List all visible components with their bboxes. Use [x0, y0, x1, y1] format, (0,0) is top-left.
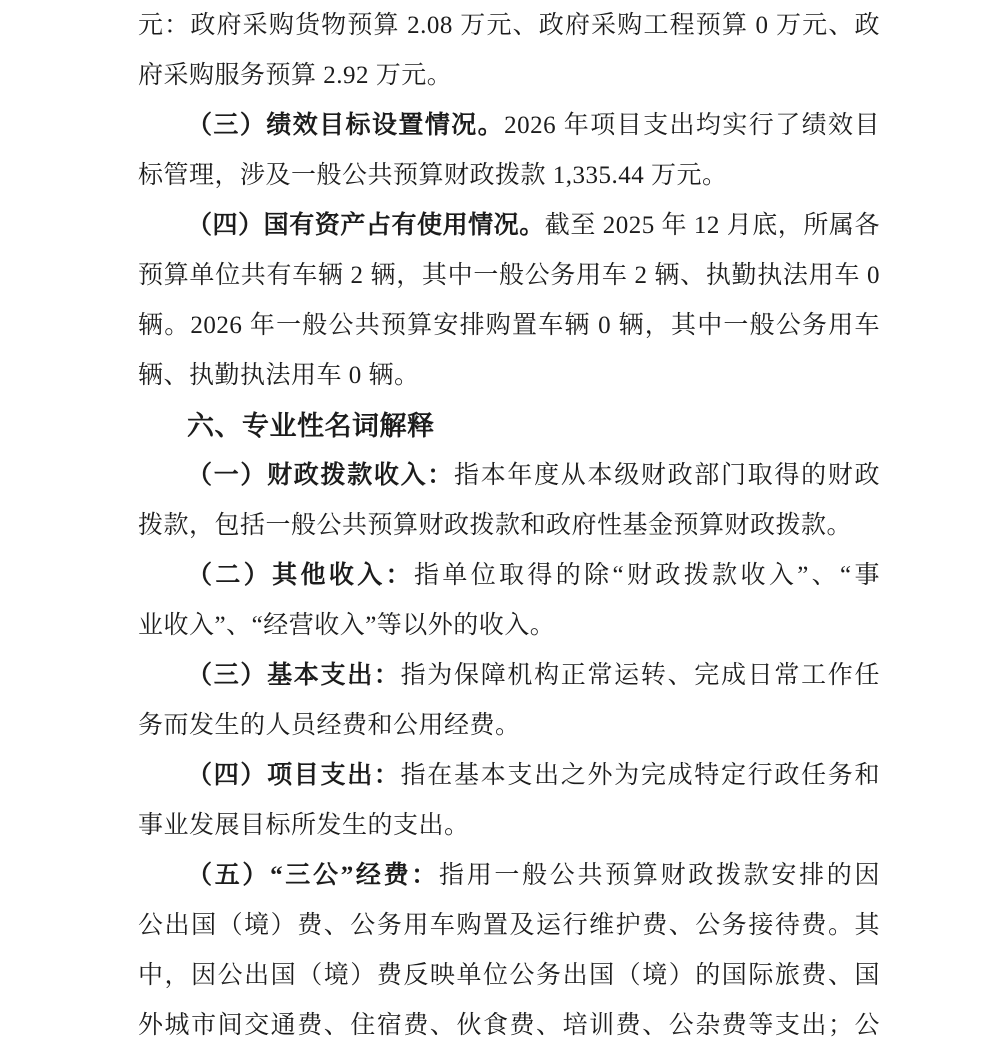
line-text: 预算单位共有车辆 2 辆，其中一般公务用车 2 辆、执勤执法用车 0 — [138, 262, 880, 289]
line-text: 业收入”、“经营收入”等以外的收入。 — [138, 612, 555, 639]
line-text: 辆。2026 年一般公共预算安排购置车辆 0 辆，其中一般公务用车 0 — [138, 312, 880, 351]
line-text: 指本年度从本级财政部门取得的财政 — [454, 462, 880, 489]
text-line: 辆、执勤执法用车 0 辆。 — [138, 351, 880, 401]
text-line: 业收入”、“经营收入”等以外的收入。 — [138, 601, 880, 651]
line-text: 指用一般公共预算财政拨款安排的因 — [439, 862, 880, 889]
term-label: （四）项目支出： — [187, 762, 401, 789]
text-line: （四）项目支出：指在基本支出之外为完成特定行政任务和 — [138, 751, 880, 801]
text-line: 预算单位共有车辆 2 辆，其中一般公务用车 2 辆、执勤执法用车 0 — [138, 251, 880, 301]
line-text: 指在基本支出之外为完成特定行政任务和 — [401, 762, 880, 789]
line-text: 2026 年项目支出均实行了绩效目 — [504, 112, 880, 139]
text-line: 事业发展目标所发生的支出。 — [138, 801, 880, 851]
line-text: 指为保障机构正常运转、完成日常工作任 — [401, 662, 880, 689]
text-line: （三）基本支出：指为保障机构正常运转、完成日常工作任 — [138, 651, 880, 701]
text-line: 拨款，包括一般公共预算财政拨款和政府性基金预算财政拨款。 — [138, 501, 880, 551]
line-text: 截至 2025 年 12 月底，所属各 — [545, 212, 880, 239]
line-text: 指单位取得的除“财政拨款收入”、“事 — [414, 562, 880, 589]
term-label: （五）“三公”经费： — [187, 862, 439, 889]
line-text: 务而发生的人员经费和公用经费。 — [138, 712, 521, 739]
line-text: 中，因公出国（境）费反映单位公务出国（境）的国际旅费、国 — [138, 962, 880, 989]
line-text: 元：政府采购货物预算 2.08 万元、政府采购工程预算 0 万元、政 — [138, 12, 880, 39]
text-line: 务而发生的人员经费和公用经费。 — [138, 701, 880, 751]
text-line: 中，因公出国（境）费反映单位公务出国（境）的国际旅费、国 — [138, 951, 880, 1001]
text-line: 标管理，涉及一般公共预算财政拨款 1,335.44 万元。 — [138, 151, 880, 201]
text-line: （五）“三公”经费：指用一般公共预算财政拨款安排的因 — [138, 851, 880, 901]
line-text: 外城市间交通费、住宿费、伙食费、培训费、公杂费等支出；公 — [138, 1012, 880, 1039]
text-line: （一）财政拨款收入：指本年度从本级财政部门取得的财政 — [138, 451, 880, 501]
document-page: 元：政府采购货物预算 2.08 万元、政府采购工程预算 0 万元、政 府采购服务… — [0, 0, 1000, 1053]
term-label: （二）其他收入： — [187, 562, 414, 589]
text-line: 辆。2026 年一般公共预算安排购置车辆 0 辆，其中一般公务用车 0 — [138, 301, 880, 351]
line-text: 拨款，包括一般公共预算财政拨款和政府性基金预算财政拨款。 — [138, 512, 852, 539]
term-label: （三）绩效目标设置情况。 — [187, 112, 504, 139]
line-text: 公出国（境）费、公务用车购置及运行维护费、公务接待费。其 — [138, 912, 880, 939]
line-text: 事业发展目标所发生的支出。 — [138, 812, 470, 839]
term-label: （一）财政拨款收入： — [187, 462, 454, 489]
line-text: 府采购服务预算 2.92 万元。 — [138, 62, 452, 89]
term-label: （四）国有资产占有使用情况。 — [187, 212, 545, 239]
term-label: （三）基本支出： — [187, 662, 401, 689]
section-heading: 六、专业性名词解释 — [138, 401, 880, 451]
line-text: 辆、执勤执法用车 0 辆。 — [138, 362, 420, 389]
text-line: 府采购服务预算 2.92 万元。 — [138, 51, 880, 101]
text-line: （二）其他收入：指单位取得的除“财政拨款收入”、“事 — [138, 551, 880, 601]
text-line: （四）国有资产占有使用情况。截至 2025 年 12 月底，所属各 — [138, 201, 880, 251]
line-text: 标管理，涉及一般公共预算财政拨款 1,335.44 万元。 — [138, 162, 728, 189]
text-line: （三）绩效目标设置情况。2026 年项目支出均实行了绩效目 — [138, 101, 880, 151]
text-line: 外城市间交通费、住宿费、伙食费、培训费、公杂费等支出；公 — [138, 1001, 880, 1051]
text-line: 元：政府采购货物预算 2.08 万元、政府采购工程预算 0 万元、政 — [138, 1, 880, 51]
text-line: 公出国（境）费、公务用车购置及运行维护费、公务接待费。其 — [138, 901, 880, 951]
